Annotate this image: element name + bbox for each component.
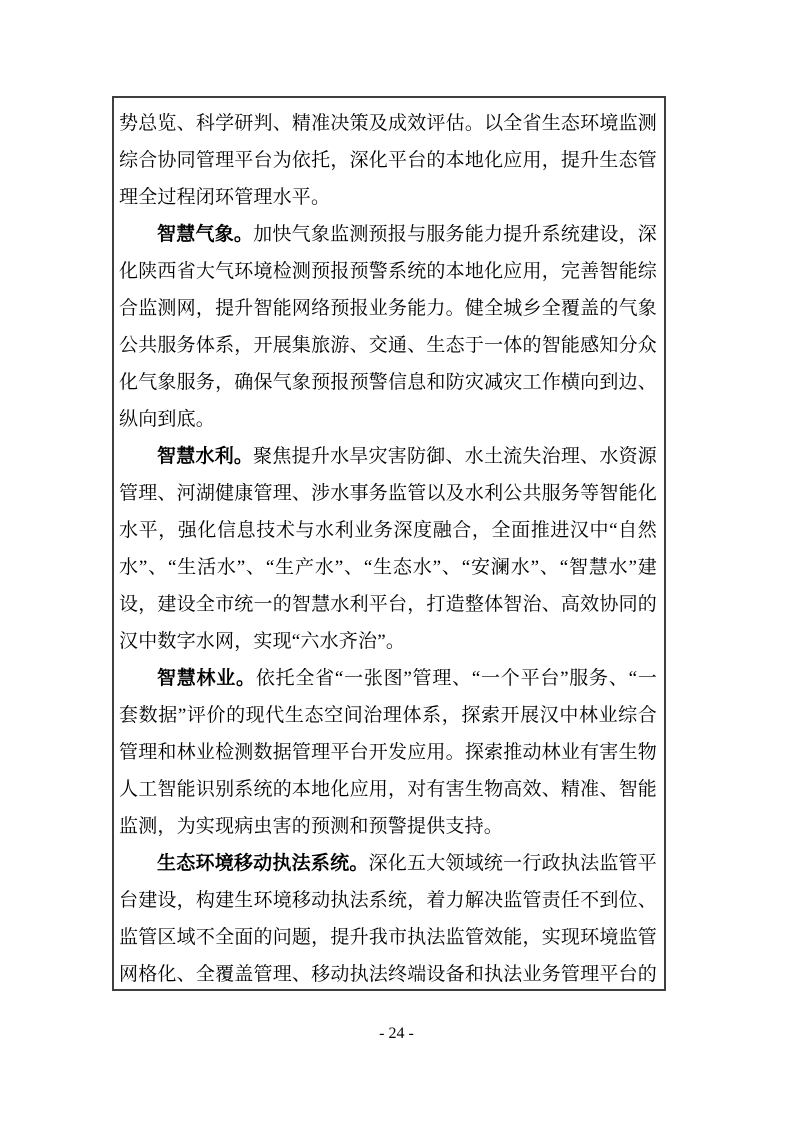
content-border-box: 势总览、科学研判、精准决策及成效评估。以全省生态环境监测综合协同管理平台为依托，…: [112, 96, 666, 991]
paragraph-lead: 智慧水利。: [157, 446, 253, 467]
paragraph: 智慧林业。依托全省“一张图”管理、“一个平台”服务、“一套数据”评价的现代生态空…: [119, 660, 657, 845]
paragraph: 生态环境移动执法系统。深化五大领域统一行政执法监管平台建设，构建生环境移动执法系…: [119, 845, 657, 991]
paragraph: 势总览、科学研判、精准决策及成效评估。以全省生态环境监测综合协同管理平台为依托，…: [119, 105, 657, 216]
paragraph-text: 聚焦提升水旱灾害防御、水土流失治理、水资源管理、河湖健康管理、涉水事务监管以及水…: [119, 446, 657, 652]
document-page: 势总览、科学研判、精准决策及成效评估。以全省生态环境监测综合协同管理平台为依托，…: [0, 0, 793, 1122]
paragraph: 智慧水利。聚焦提升水旱灾害防御、水土流失治理、水资源管理、河湖健康管理、涉水事务…: [119, 438, 657, 660]
paragraph-text: 依托全省“一张图”管理、“一个平台”服务、“一套数据”评价的现代生态空间治理体系…: [119, 668, 657, 837]
paragraph-lead: 生态环境移动执法系统。: [157, 853, 369, 874]
page-footer: - 24 -: [0, 1024, 793, 1044]
paragraph-text: 势总览、科学研判、精准决策及成效评估。以全省生态环境监测综合协同管理平台为依托，…: [119, 113, 657, 208]
paragraph-lead: 智慧气象。: [157, 224, 253, 245]
paragraph-lead: 智慧林业。: [157, 668, 256, 689]
paragraph-text: 加快气象监测预报与服务能力提升系统建设，深化陕西省大气环境检测预报预警系统的本地…: [119, 224, 657, 430]
page-number: - 24 -: [379, 1025, 414, 1042]
paragraph: 智慧气象。加快气象监测预报与服务能力提升系统建设，深化陕西省大气环境检测预报预警…: [119, 216, 657, 438]
